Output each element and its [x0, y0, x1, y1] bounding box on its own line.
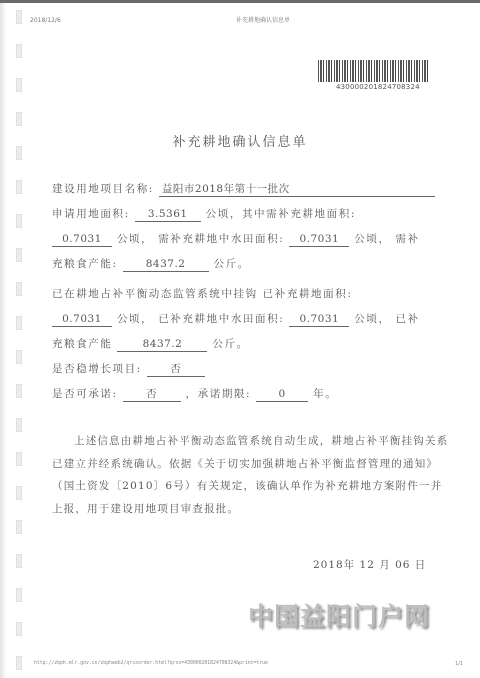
binding-hole	[16, 588, 22, 602]
binding-hole	[16, 520, 22, 534]
barcode-number: 430000201824708324	[336, 83, 420, 91]
linked-row: 0.7031 公顷， 已补充耕地中水田面积: 0.7031 公顷， 已补	[52, 311, 420, 327]
applied-area-unit: 公顷，其中需补充耕地面积:	[206, 208, 356, 220]
applied-area-value: 3.5361	[135, 208, 201, 222]
required-grain-value: 8437.2	[123, 258, 209, 272]
linked-paddy-tail: 已补	[396, 313, 420, 325]
binding-hole	[16, 350, 22, 364]
linked-grain-unit: 公斤。	[212, 338, 248, 350]
linked-farmland-unit: 公顷，	[117, 313, 153, 325]
linked-grain-value: 8437.2	[117, 338, 207, 352]
linked-farmland-value: 0.7031	[52, 313, 112, 327]
commitment-period-label: ，承诺期限:	[186, 388, 252, 400]
linked-grain-row: 充粮食产能 8437.2 公斤。	[52, 336, 249, 352]
binding-hole	[16, 214, 22, 228]
commitment-value: 否	[123, 388, 181, 402]
binding-hole	[16, 112, 22, 126]
print-header-title: 补充耕地确认信息单	[236, 15, 290, 24]
footer-url: http://zbph.mlr.gov.cn/zbphweb2/qrxxorde…	[34, 661, 268, 666]
required-paddy-tail: 需补	[396, 233, 420, 245]
statement-paragraph: 上述信息由耕地占补平衡动态监管系统自动生成，耕地占补平衡挂钩关系已建立并经系统确…	[52, 430, 452, 520]
required-farmland-value: 0.7031	[52, 233, 112, 247]
binding-hole	[16, 180, 22, 194]
binding-hole	[16, 656, 22, 670]
linked-paddy-value: 0.7031	[289, 313, 349, 327]
linked-paddy-label: 已补充耕地中水田面积:	[158, 313, 284, 325]
linked-paddy-unit: 公顷，	[354, 313, 390, 325]
stable-growth-value: 否	[147, 363, 205, 377]
project-name-row: 建设用地项目名称: 益阳市2018年第十一批次	[52, 181, 435, 197]
binding-hole	[16, 622, 22, 636]
binding-hole	[16, 248, 22, 262]
project-name-label: 建设用地项目名称:	[52, 183, 154, 195]
scan-left-edge	[0, 3, 6, 678]
required-grain-label: 充粮食产能:	[52, 258, 118, 270]
binding-hole	[16, 78, 22, 92]
commitment-period-value: 0	[256, 388, 308, 402]
binding-hole	[16, 384, 22, 398]
required-paddy-label: 需补充耕地中水田面积:	[158, 233, 284, 245]
binding-hole	[16, 316, 22, 330]
commitment-period-unit: 年。	[313, 388, 337, 400]
binding-hole	[16, 282, 22, 296]
document-title: 补充耕地确认信息单	[0, 131, 480, 150]
required-paddy-unit: 公顷，	[354, 233, 390, 245]
stable-growth-row: 是否稳增长项目: 否	[52, 361, 205, 377]
linked-heading: 已在耕地占补平衡动态监管系统中挂钩 已补充耕地面积:	[52, 286, 352, 301]
barcode	[318, 60, 430, 82]
linked-grain-label: 充粮食产能	[52, 338, 113, 350]
required-grain-row: 充粮食产能: 8437.2 公斤。	[52, 256, 250, 272]
sign-date: 2018年 12 月 06 日	[313, 557, 426, 572]
applied-area-label: 申请用地面积:	[52, 208, 130, 220]
stable-growth-label: 是否稳增长项目:	[52, 363, 142, 375]
required-farmland-unit: 公顷，	[117, 233, 153, 245]
binding-hole	[16, 418, 22, 432]
scan-top-edge	[0, 0, 480, 3]
binding-hole	[16, 10, 22, 24]
applied-area-row: 申请用地面积: 3.5361 公顷，其中需补充耕地面积:	[52, 206, 356, 222]
print-date: 2018/12/6	[30, 17, 61, 24]
project-name-value: 益阳市2018年第十一批次	[159, 183, 435, 197]
required-grain-unit: 公斤。	[214, 258, 250, 270]
commitment-label: 是否可承诺:	[52, 388, 118, 400]
footer-page-number: 1/1	[455, 661, 463, 667]
binding-hole	[16, 452, 22, 466]
required-row: 0.7031 公顷， 需补充耕地中水田面积: 0.7031 公顷， 需补	[52, 231, 420, 247]
binding-hole	[16, 486, 22, 500]
binding-hole	[16, 554, 22, 568]
binding-hole	[16, 44, 22, 58]
required-paddy-value: 0.7031	[289, 233, 349, 247]
watermark: 中国益阳门户网	[248, 597, 430, 633]
commitment-row: 是否可承诺: 否 ，承诺期限: 0 年。	[52, 386, 337, 402]
